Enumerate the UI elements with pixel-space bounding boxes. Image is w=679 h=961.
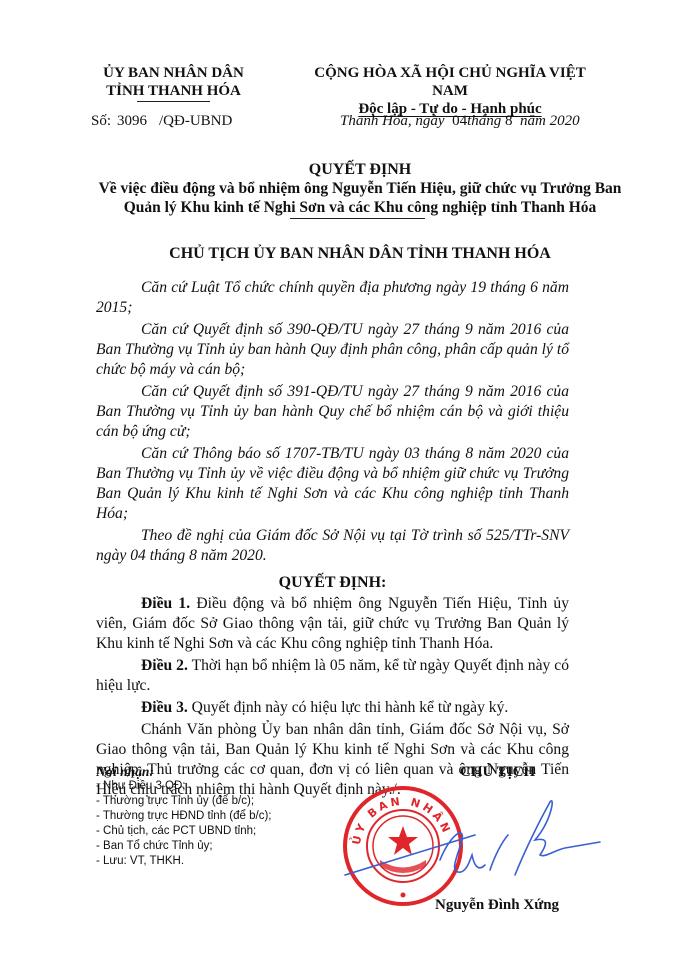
agency-line-1: ỦY BAN NHÂN DÂN: [86, 64, 261, 82]
decision-heading: QUYẾT ĐỊNH:: [96, 574, 569, 592]
subject-line-2: Quản lý Khu kinh tế Nghi Sơn và các Khu …: [60, 198, 660, 217]
document-body: Căn cứ Luật Tổ chức chính quyền địa phươ…: [96, 278, 569, 802]
legal-basis: Căn cứ Quyết định số 391-QĐ/TU ngày 27 t…: [96, 382, 569, 442]
national-header: CỘNG HÒA XÃ HỘI CHỦ NGHĨA VIỆT NAM Độc l…: [300, 64, 600, 118]
legal-basis: Căn cứ Quyết định số 390-QĐ/TU ngày 27 t…: [96, 320, 569, 380]
recipient-item: - Thường trực HĐND tỉnh (để b/c);: [96, 809, 336, 824]
recipient-item: - Thường trực Tỉnh ủy (để b/c);: [96, 794, 336, 809]
agency-line-2: TỈNH THANH HÓA: [86, 82, 261, 100]
document-title: QUYẾT ĐỊNH Về việc điều động và bổ nhiệm…: [60, 160, 660, 217]
article-2: Điều 2. Thời hạn bổ nhiệm là 05 năm, kể …: [96, 656, 569, 696]
date-day: 04: [452, 113, 467, 129]
recipient-item: - Chủ tịch, các PCT UBND tỉnh;: [96, 824, 336, 839]
signature-icon: [340, 780, 640, 900]
legal-basis: Căn cứ Luật Tổ chức chính quyền địa phươ…: [96, 278, 569, 318]
recipients-heading: Nơi nhận:: [96, 764, 336, 779]
article-3: Điều 3. Quyết định này có hiệu lực thi h…: [96, 698, 569, 718]
recipients-list: Nơi nhận: - Như Điều 3 QĐ; - Thường trực…: [96, 764, 336, 869]
recipient-item: - Ban Tổ chức Tỉnh ủy;: [96, 839, 336, 854]
document-number: Số:3096/QĐ-UBND: [91, 113, 232, 130]
doc-type: QUYẾT ĐỊNH: [60, 160, 660, 179]
article-1: Điều 1. Điều động và bổ nhiệm ông Nguyễn…: [96, 594, 569, 654]
legal-basis: Căn cứ Thông báo số 1707-TB/TU ngày 03 t…: [96, 444, 569, 524]
legal-basis: Theo đề nghị của Giám đốc Sở Nội vụ tại …: [96, 526, 569, 566]
date-month: 8: [505, 113, 513, 129]
national-name: CỘNG HÒA XÃ HỘI CHỦ NGHĨA VIỆT NAM: [300, 64, 600, 100]
issue-date: Thanh Hóa, ngày 04tháng 8 năm 2020: [340, 113, 580, 130]
issuing-agency: ỦY BAN NHÂN DÂN TỈNH THANH HÓA: [86, 64, 261, 102]
recipient-item: - Lưu: VT, THKH.: [96, 854, 336, 869]
subject-line-1: Về việc điều động và bổ nhiệm ông Nguyễn…: [60, 179, 660, 198]
doc-number-value: 3096: [117, 113, 147, 129]
issuing-authority: CHỦ TỊCH ỦY BAN NHÂN DÂN TỈNH THANH HÓA: [60, 245, 660, 263]
signer-name: Nguyễn Đình Xứng: [435, 897, 559, 914]
signer-title: CHỦ TỊCH: [460, 764, 535, 781]
title-underline: [290, 218, 425, 219]
recipient-item: - Như Điều 3 QĐ;: [96, 779, 336, 794]
agency-underline: [137, 101, 210, 102]
